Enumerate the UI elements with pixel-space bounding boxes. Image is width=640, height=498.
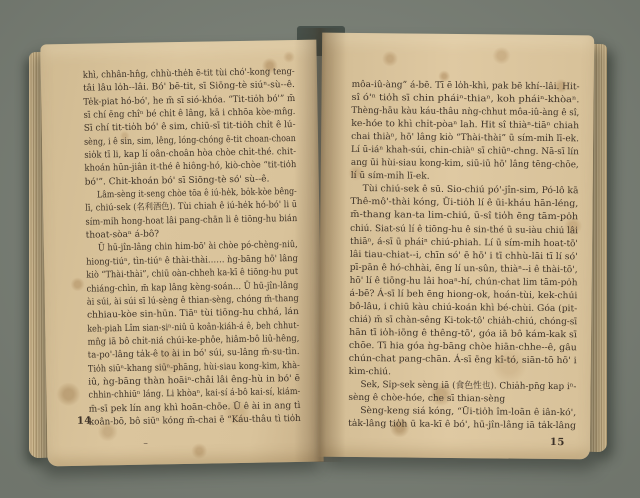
right-page-number: 15 <box>550 437 565 448</box>
left-page-number: 14 <box>77 416 92 427</box>
right-page-text: môa-iû-àng” á-bē. Tī ē lo̍h-khì, pak bē … <box>348 79 580 434</box>
left-page-text: khì, chhân-hn̂g, chhù-the̍h ē-tit tùi ch… <box>83 66 301 430</box>
ink-mark: – <box>143 439 148 449</box>
text-line: ang ūi hùi-siau kong-kim, siū-iū hō' lân… <box>351 157 579 172</box>
left-page: khì, chhân-hn̂g, chhù-the̍h ē-tit tùi ch… <box>40 40 323 467</box>
text-line: ta̍k-lâng tio̍h ū ka-kī ê bó', hū-jîn-lâ… <box>348 418 576 433</box>
text-line: koân-bō, bô siūⁿ kóng m̄-chai ē “Káu-thâ… <box>89 413 301 430</box>
open-book: khì, chhân-hn̂g, chhù-the̍h ē-tit tùi ch… <box>0 0 640 498</box>
right-page: môa-iû-àng” á-bē. Tī ē lo̍h-khì, pak bē … <box>318 33 594 460</box>
photo-background: khì, chhân-hn̂g, chhù-the̍h ē-tit tùi ch… <box>0 0 640 498</box>
text-line: Sek, Si̍p-sek sèng iā (食色性也). Chia̍h-pn̄… <box>348 379 576 394</box>
text-line: chún-chat pang-chān. Á-sī ēng kî-tó, siā… <box>349 353 577 368</box>
